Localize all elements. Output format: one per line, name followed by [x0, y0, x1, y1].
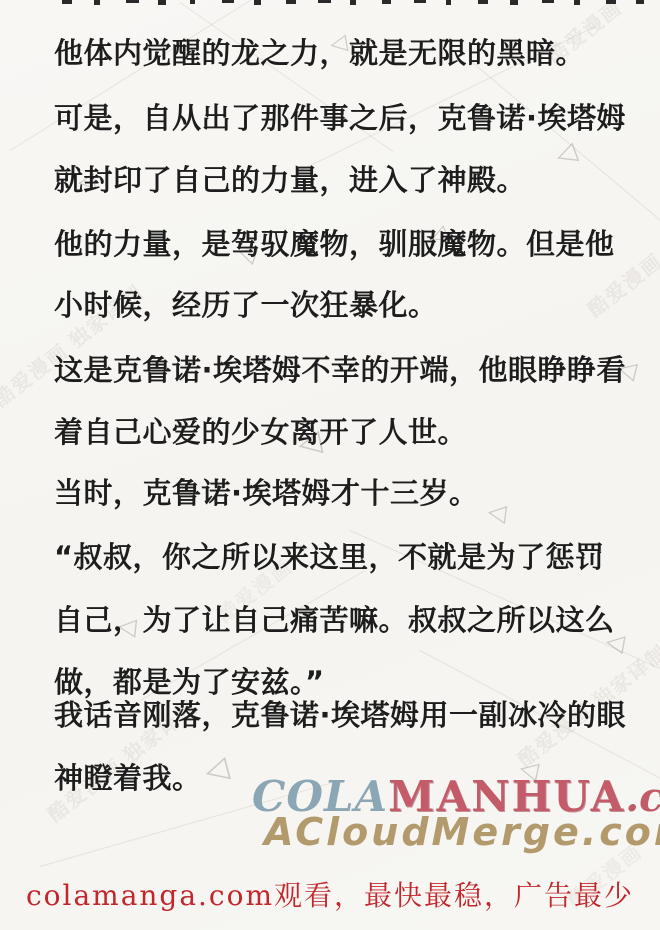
story-line: 就封印了自己的力量，进入了神殿。	[54, 158, 526, 199]
story-line: 自己，为了让自己痛苦嘛。叔叔之所以这么	[54, 598, 615, 639]
triangle-watermark-icon: ◁	[551, 136, 580, 172]
triangle-watermark-icon: ◁	[201, 750, 232, 790]
story-line: 他的力量，是驾驭魔物，驯服魔物。但是他	[54, 222, 615, 263]
story-line: 他体内觉醒的龙之力，就是无限的黑暗。	[54, 31, 585, 72]
comic-page: 酷爱漫画 独家译制 酷爱漫画 酷爱漫画 独家译制 酷爱漫画 独家译制 酷爱漫画 …	[0, 0, 660, 930]
story-line: 这是克鲁诺·埃塔姆不幸的开端，他眼睁睁看	[54, 348, 626, 389]
acloudmerge-logo: ACloudMerge.com	[264, 810, 660, 854]
story-line: 着自己心爱的少女离开了人世。	[54, 410, 467, 451]
story-line: 小时候，经历了一次狂暴化。	[54, 283, 438, 324]
footer-slogan: colamanga.com观看，最快最稳，广告最少	[0, 874, 660, 914]
triangle-watermark-icon: ◁	[486, 497, 508, 528]
story-line: 当时，克鲁诺·埃塔姆才十三岁。	[54, 471, 479, 512]
story-line: 可是，自从出了那件事之后，克鲁诺·埃塔姆	[54, 96, 626, 137]
story-line: 我话音刚落，克鲁诺·埃塔姆用一副冰冷的眼	[54, 693, 626, 734]
story-line: 神瞪着我。	[54, 756, 202, 797]
clipped-text-tips	[0, 0, 660, 6]
story-line: “叔叔，你之所以来这里，不就是为了惩罚	[54, 535, 605, 576]
